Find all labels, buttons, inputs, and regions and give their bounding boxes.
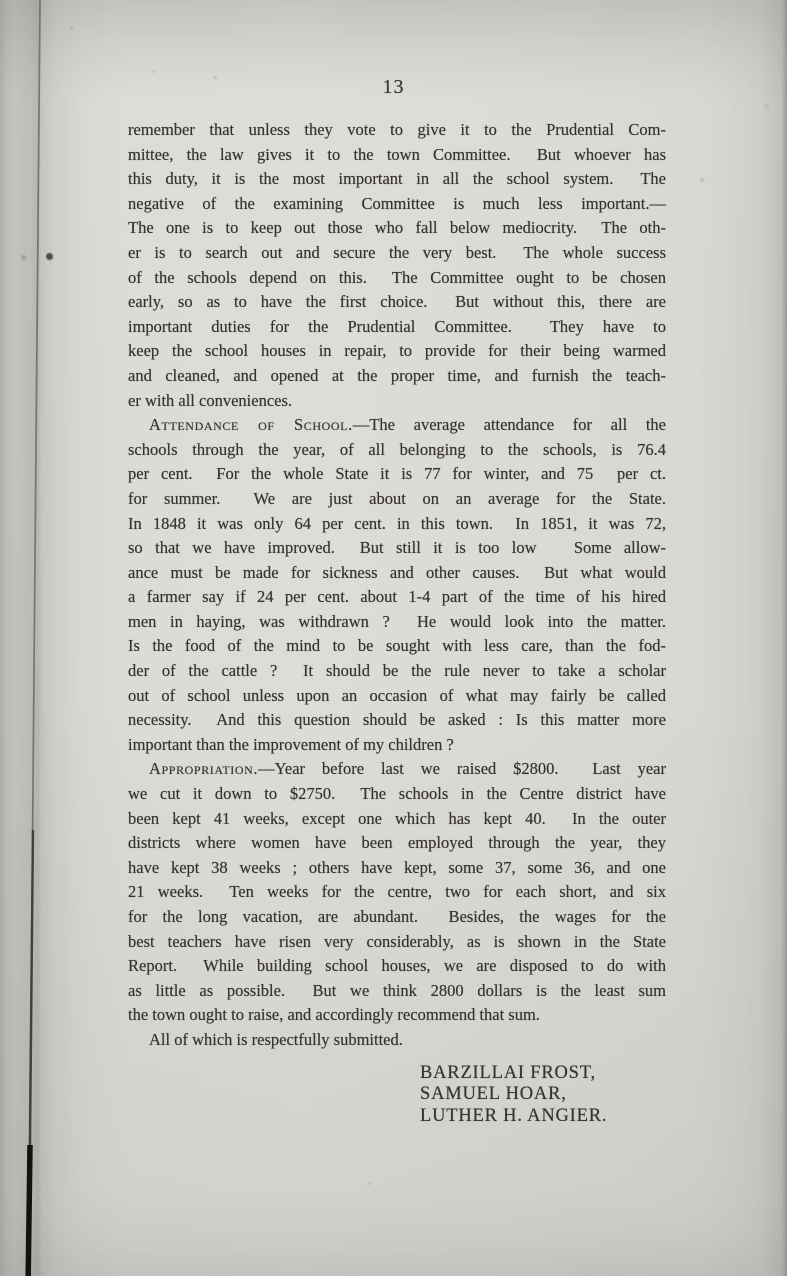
signature-line: LUTHER H. ANGIER. xyxy=(420,1106,666,1128)
text-line: the town ought to raise, and accordingly… xyxy=(128,1003,666,1028)
signature-line: SAMUEL HOAR, xyxy=(420,1084,666,1106)
binding-crease xyxy=(0,0,60,1276)
text-line: of the schools depend on this. The Commi… xyxy=(128,266,666,291)
paragraph: Attendance of School.—The average attend… xyxy=(128,413,666,757)
text-line: we cut it down to $2750. The schools in … xyxy=(128,782,666,807)
text-line: keep the school houses in repair, to pro… xyxy=(128,339,666,364)
signature-line: BARZILLAI FROST, xyxy=(420,1063,666,1085)
paper-speck xyxy=(368,1182,371,1185)
text-segment: —Year before last we raised $2800. Last … xyxy=(258,759,666,778)
text-line: schools through the year, of all belongi… xyxy=(128,438,666,463)
text-line: districts where women have been employed… xyxy=(128,831,666,856)
text-line: ance must be made for sickness and other… xyxy=(128,561,666,586)
text-line: important than the improvement of my chi… xyxy=(128,733,666,758)
text-line: negative of the examining Committee is m… xyxy=(128,192,666,217)
paper-speck xyxy=(700,178,704,182)
smallcaps-lead: Attendance of School. xyxy=(149,415,353,434)
text-line: early, so as to have the first choice. B… xyxy=(128,290,666,315)
text-line: necessity. And this question should be a… xyxy=(128,708,666,733)
paper-speck xyxy=(46,253,53,260)
text-line: mittee, the law gives it to the town Com… xyxy=(128,143,666,168)
text-line: for summer. We are just about on an aver… xyxy=(128,487,666,512)
scanned-page: 13 remember that unless they vote to giv… xyxy=(0,0,787,1276)
paragraph: All of which is respectfully submitted. xyxy=(128,1028,666,1053)
paragraph: Appropriation.—Year before last we raise… xyxy=(128,757,666,1028)
text-line: been kept 41 weeks, except one which has… xyxy=(128,807,666,832)
paper-speck xyxy=(21,255,26,260)
text-line: 21 weeks. Ten weeks for the centre, two … xyxy=(128,880,666,905)
text-line: In 1848 it was only 64 per cent. in this… xyxy=(128,512,666,537)
text-line: Attendance of School.—The average attend… xyxy=(128,413,666,438)
text-line: a farmer say if 24 per cent. about 1-4 p… xyxy=(128,585,666,610)
text-line: Is the food of the mind to be sought wit… xyxy=(128,634,666,659)
page-number: 13 xyxy=(0,76,787,99)
text-line: The one is to keep out those who fall be… xyxy=(128,216,666,241)
text-line: er with all conveniences. xyxy=(128,389,666,414)
text-line: All of which is respectfully submitted. xyxy=(128,1028,666,1053)
text-line: per cent. For the whole State it is 77 f… xyxy=(128,462,666,487)
paper-speck xyxy=(214,76,217,79)
text-line: as little as possible. But we think 2800… xyxy=(128,979,666,1004)
page-text: remember that unless they vote to give i… xyxy=(128,118,666,1127)
text-line: out of school unless upon an occasion of… xyxy=(128,684,666,709)
text-line: men in haying, was withdrawn ? He would … xyxy=(128,610,666,635)
text-line: so that we have improved. But still it i… xyxy=(128,536,666,561)
page-right-edge-shadow xyxy=(782,0,787,1276)
text-line: Report. While building school houses, we… xyxy=(128,954,666,979)
text-line: remember that unless they vote to give i… xyxy=(128,118,666,143)
text-line: best teachers have risen very considerab… xyxy=(128,930,666,955)
text-line: this duty, it is the most important in a… xyxy=(128,167,666,192)
text-line: der of the cattle ? It should be the rul… xyxy=(128,659,666,684)
signature-block: BARZILLAI FROST,SAMUEL HOAR,LUTHER H. AN… xyxy=(128,1063,666,1128)
text-line: er is to search out and secure the very … xyxy=(128,241,666,266)
paper-speck xyxy=(152,70,155,73)
text-line: Appropriation.—Year before last we raise… xyxy=(128,757,666,782)
paper-speck xyxy=(764,104,769,109)
paragraph: remember that unless they vote to give i… xyxy=(128,118,666,413)
smallcaps-lead: Appropriation. xyxy=(149,759,258,778)
text-segment: —The average attendance for all the xyxy=(353,415,666,434)
text-line: important duties for the Prudential Comm… xyxy=(128,315,666,340)
text-line: for the long vacation, are abundant. Bes… xyxy=(128,905,666,930)
paper-speck xyxy=(70,27,73,30)
text-line: have kept 38 weeks ; others have kept, s… xyxy=(128,856,666,881)
text-line: and cleaned, and opened at the proper ti… xyxy=(128,364,666,389)
